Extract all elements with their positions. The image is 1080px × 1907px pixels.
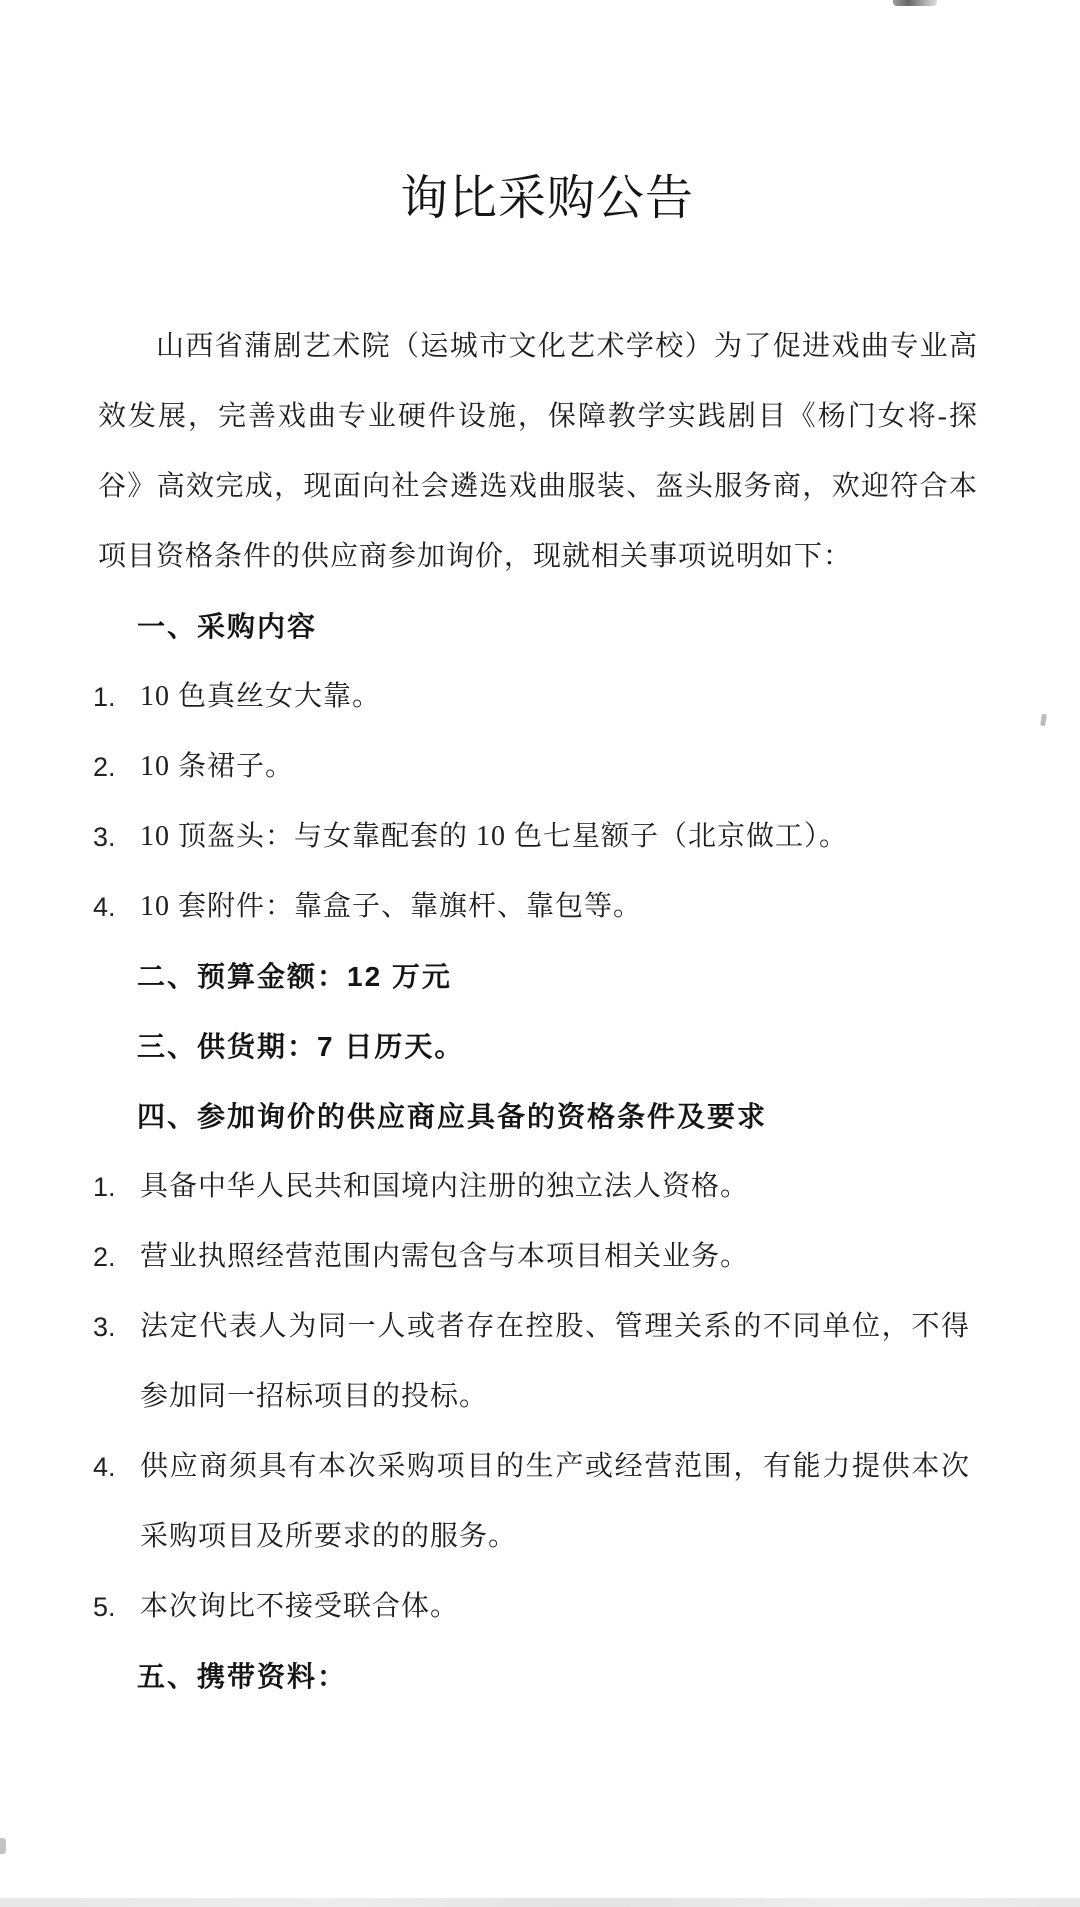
list-item-text: 10 条裙子。	[140, 732, 970, 802]
section-heading: 四、参加询价的供应商应具备的资格条件及要求	[137, 1082, 1080, 1152]
list-item-number: 3.	[93, 1292, 140, 1432]
scan-bottom-strip	[0, 1898, 1080, 1907]
list-item-text: 10 套附件：靠盒子、靠旗杆、靠包等。	[140, 872, 970, 942]
list-item-number: 1.	[93, 1152, 140, 1222]
list-item-number: 3.	[93, 802, 140, 872]
section-heading: 三、供货期：7 日历天。	[137, 1012, 1080, 1082]
list-item-text: 营业执照经营范围内需包含与本项目相关业务。	[140, 1222, 970, 1292]
list-item-text: 10 色真丝女大靠。	[140, 662, 970, 732]
section-heading: 五、携带资料：	[137, 1642, 1080, 1712]
intro-paragraph: 山西省蒲剧艺术院（运城市文化艺术学校）为了促进戏曲专业高效发展，完善戏曲专业硬件…	[98, 312, 978, 592]
section-heading: 一、采购内容	[137, 592, 1080, 662]
list-item-text: 10 顶盔头：与女靠配套的 10 色七星额子（北京做工）。	[140, 802, 970, 872]
list-item-number: 4.	[93, 1432, 140, 1572]
list-item-number: 2.	[93, 732, 140, 802]
list-item: 4.10 套附件：靠盒子、靠旗杆、靠包等。	[93, 872, 1080, 942]
list-item: 3.法定代表人为同一人或者存在控股、管理关系的不同单位，不得参加同一招标项目的投…	[93, 1292, 1080, 1432]
list-item: 1.具备中华人民共和国境内注册的独立法人资格。	[93, 1152, 1080, 1222]
scan-smudge-artifact	[893, 0, 937, 6]
list-item-number: 2.	[93, 1222, 140, 1292]
document-body: 山西省蒲剧艺术院（运城市文化艺术学校）为了促进戏曲专业高效发展，完善戏曲专业硬件…	[0, 228, 1080, 1712]
list-item-text: 本次询比不接受联合体。	[140, 1572, 970, 1642]
document-title: 询比采购公告	[0, 0, 1080, 228]
list-item-number: 4.	[93, 872, 140, 942]
list-item: 4.供应商须具有本次采购项目的生产或经营范围，有能力提供本次采购项目及所要求的的…	[93, 1432, 1080, 1572]
list-item: 2.营业执照经营范围内需包含与本项目相关业务。	[93, 1222, 1080, 1292]
list-item: 2.10 条裙子。	[93, 732, 1080, 802]
scanned-document-page: 询比采购公告 山西省蒲剧艺术院（运城市文化艺术学校）为了促进戏曲专业高效发展，完…	[0, 0, 1080, 1907]
list-item: 5.本次询比不接受联合体。	[93, 1572, 1080, 1642]
list-item: 3.10 顶盔头：与女靠配套的 10 色七星额子（北京做工）。	[93, 802, 1080, 872]
scan-edge-mark-artifact	[0, 1838, 6, 1854]
section-heading: 二、预算金额：12 万元	[137, 942, 1080, 1012]
list-item-number: 1.	[93, 662, 140, 732]
list-item-number: 5.	[93, 1572, 140, 1642]
document-sections: 一、采购内容1.10 色真丝女大靠。2.10 条裙子。3.10 顶盔头：与女靠配…	[0, 592, 1080, 1712]
list-item: 1.10 色真丝女大靠。	[93, 662, 1080, 732]
list-item-text: 具备中华人民共和国境内注册的独立法人资格。	[140, 1152, 970, 1222]
list-item-text: 法定代表人为同一人或者存在控股、管理关系的不同单位，不得参加同一招标项目的投标。	[140, 1292, 970, 1432]
list-item-text: 供应商须具有本次采购项目的生产或经营范围，有能力提供本次采购项目及所要求的的服务…	[140, 1432, 970, 1572]
